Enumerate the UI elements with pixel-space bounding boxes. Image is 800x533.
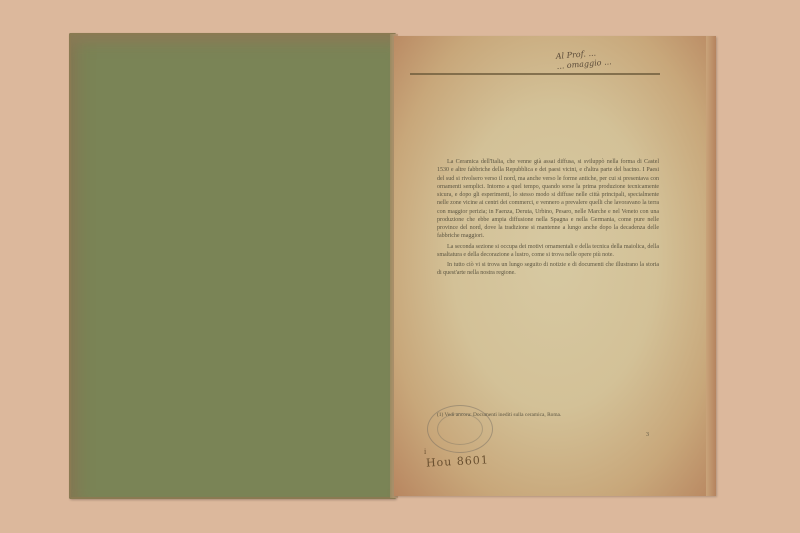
page-number: 3 — [646, 432, 649, 438]
handwritten-mark: i — [424, 447, 426, 456]
page-edge-shading — [706, 36, 716, 496]
paragraph: La seconda sezione si occupa dei motivi … — [437, 243, 659, 260]
library-stamp-inner-ring — [437, 413, 483, 445]
header-rule — [410, 73, 660, 75]
paragraph: La Ceramica dell'Italia, che venne già a… — [437, 158, 659, 241]
body-text: La Ceramica dell'Italia, che venne già a… — [437, 158, 659, 280]
booklet-cover — [69, 33, 396, 499]
paragraph: In tutto ciò vi si trova un lungo seguit… — [437, 261, 659, 278]
